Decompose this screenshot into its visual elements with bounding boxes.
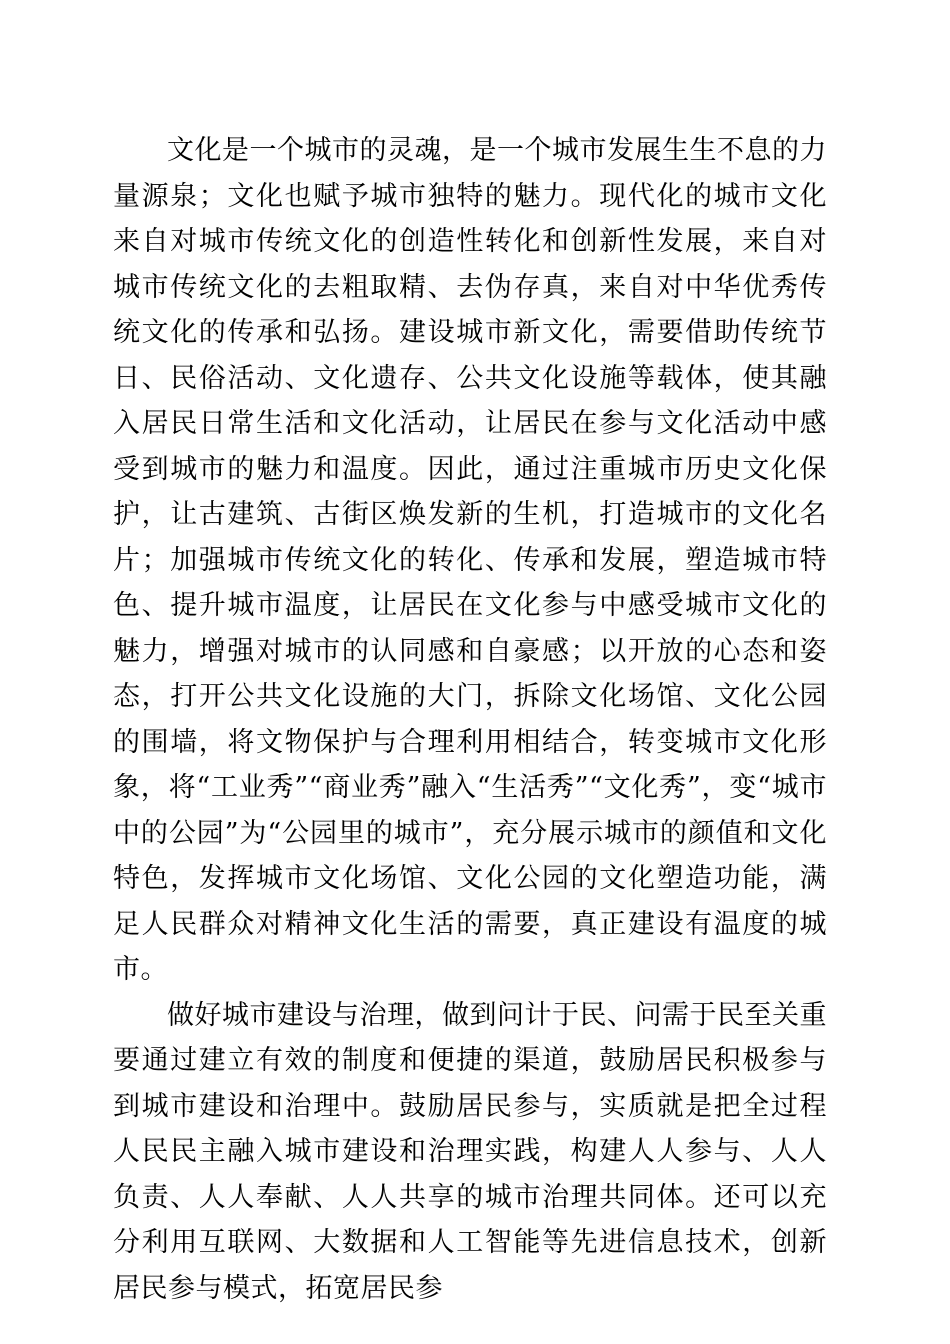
paragraph-culture-city-soul: 文化是一个城市的灵魂，是一个城市发展生生不息的力量源泉；文化也赋予城市独特的魅力…: [113, 128, 827, 993]
document-page: 文化是一个城市的灵魂，是一个城市发展生生不息的力量源泉；文化也赋予城市独特的魅力…: [0, 0, 950, 1344]
document-body: 文化是一个城市的灵魂，是一个城市发展生生不息的力量源泉；文化也赋予城市独特的魅力…: [113, 128, 827, 1311]
paragraph-city-governance: 做好城市建设与治理，做到问计于民、问需于民至关重要通过建立有效的制度和便捷的渠道…: [113, 993, 827, 1312]
